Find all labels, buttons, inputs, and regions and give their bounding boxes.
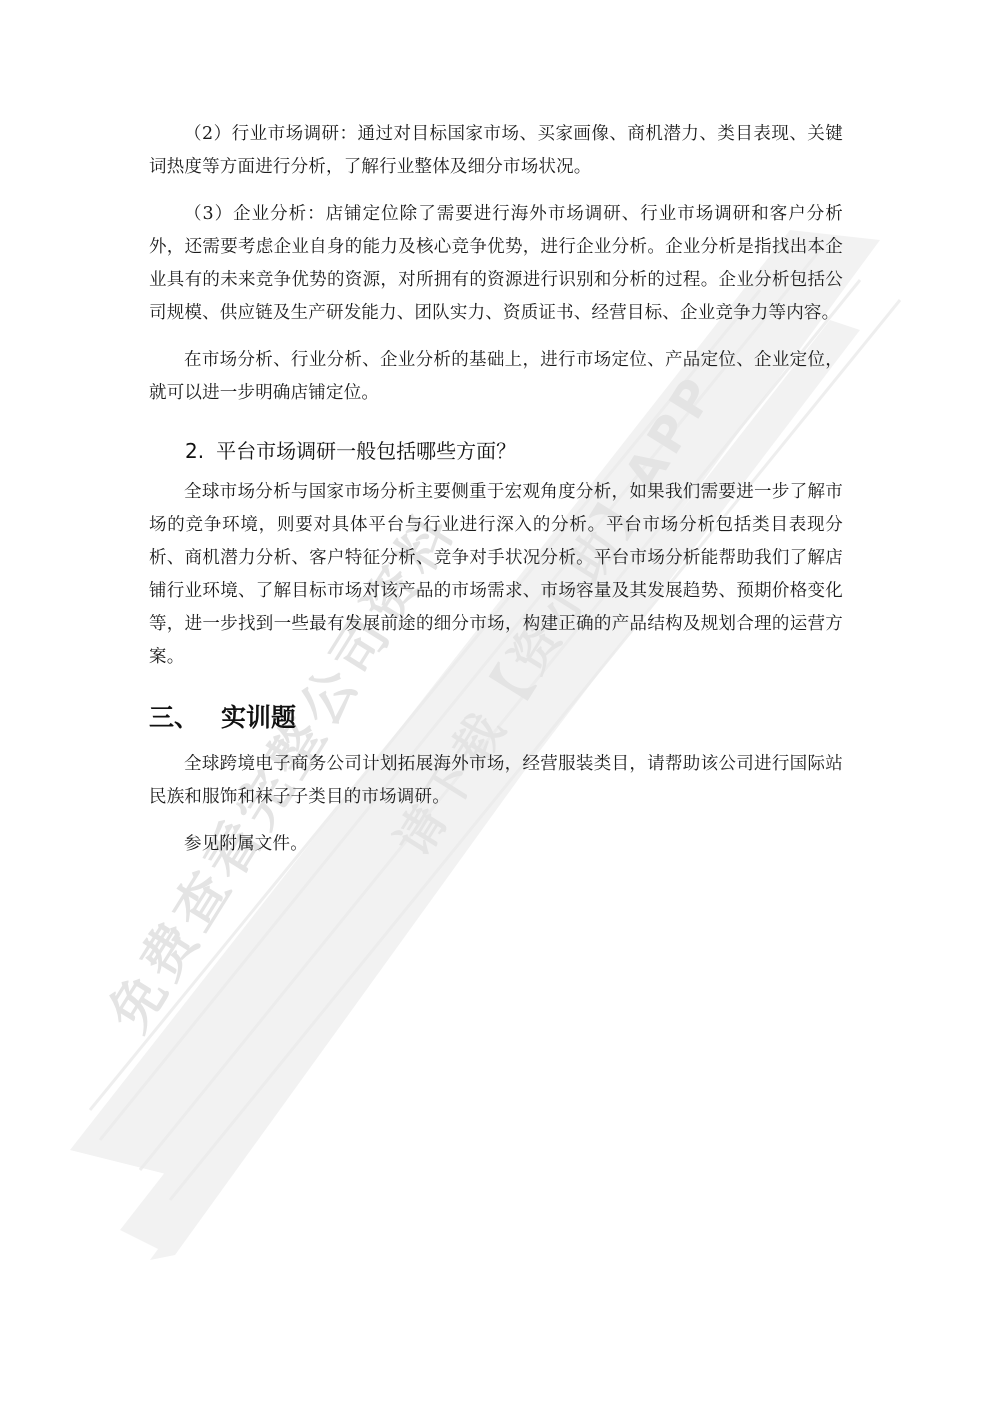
paragraph-industry-research: （2）行业市场调研：通过对目标国家市场、买家画像、商机潜力、类目表现、关键词热度… bbox=[149, 118, 843, 184]
question-2-heading: 2.平台市场调研一般包括哪些方面？ bbox=[149, 436, 843, 466]
section-title: 实训题 bbox=[221, 703, 296, 732]
section-3-heading: 三、实训题 bbox=[149, 698, 843, 738]
document-content: （2）行业市场调研：通过对目标国家市场、买家画像、商机潜力、类目表现、关键词热度… bbox=[149, 118, 843, 875]
training-task-paragraph: 全球跨境电子商务公司计划拓展海外市场，经营服装类目，请帮助该公司进行国际站民族和… bbox=[149, 748, 843, 814]
paragraph-positioning-summary: 在市场分析、行业分析、企业分析的基础上，进行市场定位、产品定位、企业定位，就可以… bbox=[149, 344, 843, 410]
attachment-reference: 参见附属文件。 bbox=[149, 828, 843, 861]
document-page: 免费查看完整公司资料 请下载【资小助】APP （2）行业市场调研：通过对目标国家… bbox=[0, 0, 992, 1403]
paragraph-enterprise-analysis: （3）企业分析：店铺定位除了需要进行海外市场调研、行业市场调研和客户分析外，还需… bbox=[149, 198, 843, 330]
section-number: 三、 bbox=[149, 703, 199, 732]
question-number: 2. bbox=[185, 439, 204, 463]
question-2-answer: 全球市场分析与国家市场分析主要侧重于宏观角度分析，如果我们需要进一步了解市场的竞… bbox=[149, 476, 843, 674]
question-title: 平台市场调研一般包括哪些方面？ bbox=[216, 439, 516, 463]
